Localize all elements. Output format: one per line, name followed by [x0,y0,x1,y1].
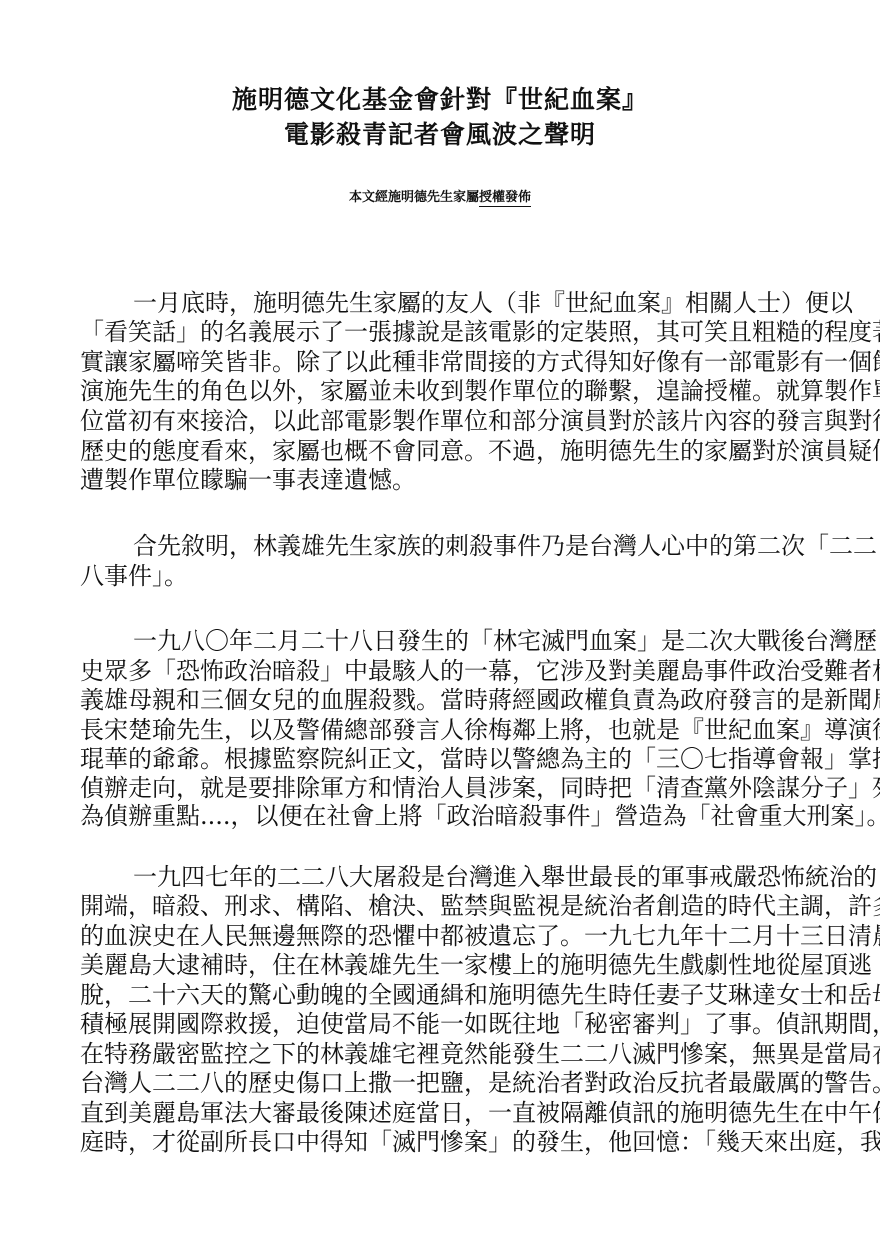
paragraph-line: 積極展開國際救援，迫使當局不能一如既往地「秘密審判」了事。偵訊期間， [80,1010,800,1039]
paragraph-line: 在特務嚴密監控之下的林義雄宅裡竟然能發生二二八滅門慘案，無異是當局在 [80,1040,800,1069]
document-page: 施明德文化基金會針對『世紀血案』 電影殺青記者會風波之聲明 本文經施明德先生家屬… [0,0,880,1250]
paragraph-line: 遭製作單位矇騙一事表達遺憾。 [80,466,800,495]
paragraph-line: 一月底時，施明德先生家屬的友人（非『世紀血案』相關人士）便以 [133,289,800,318]
paragraph-line: 義雄母親和三個女兒的血腥殺戮。當時蔣經國政權負責為政府發言的是新聞局 [80,686,800,715]
paragraph-line: 為偵辦重點....，以便在社會上將「政治暗殺事件」營造為「社會重大刑案」。 [80,802,800,831]
paragraph-line: 脫，二十六天的驚心動魄的全國通緝和施明德先生時任妻子艾琳達女士和岳母 [80,981,800,1010]
paragraph-line: 一九四七年的二二八大屠殺是台灣進入舉世最長的軍事戒嚴恐怖統治的 [133,863,800,892]
paragraph-line: 長宋楚瑜先生，以及警備總部發言人徐梅鄰上將，也就是『世紀血案』導演徐 [80,716,800,745]
paragraph-line: 庭時，才從副所長口中得知「滅門慘案」的發生，他回憶：「幾天來出庭，我 [80,1128,800,1157]
paragraph-line: 直到美麗島軍法大審最後陳述庭當日，一直被隔離偵訊的施明德先生在中午休 [80,1099,800,1128]
paragraph-line: 美麗島大逮補時，住在林義雄先生一家樓上的施明德先生戲劇性地從屋頂逃 [80,951,800,980]
paragraph-line: 開端，暗殺、刑求、構陷、槍決、監禁與監視是統治者創造的時代主調，許多 [80,892,800,921]
authorization-note-prefix: 本文經施明德先生家屬 [349,190,479,205]
paragraph-line: 偵辦走向，就是要排除軍方和情治人員涉案，同時把「清查黨外陰謀分子」列 [80,774,800,803]
paragraph-line: 歷史的態度看來，家屬也概不會同意。不過，施明德先生的家屬對於演員疑似 [80,437,800,466]
paragraph-line: 一九八〇年二月二十八日發生的「林宅滅門血案」是二次大戰後台灣歷 [133,627,800,656]
paragraph-line: 合先敘明，林義雄先生家族的刺殺事件乃是台灣人心中的第二次「二二 [133,532,800,561]
paragraph-line: 實讓家屬啼笑皆非。除了以此種非常間接的方式得知好像有一部電影有一個飾 [80,348,800,377]
paragraph-line: 演施先生的角色以外，家屬並未收到製作單位的聯繫，遑論授權。就算製作單 [80,377,800,406]
document-title-line-2: 電影殺青記者會風波之聲明 [0,119,880,151]
paragraph-line: 位當初有來接洽，以此部電影製作單位和部分演員對於該片內容的發言與對待 [80,407,800,436]
authorization-note: 本文經施明德先生家屬授權發佈 [0,188,880,208]
paragraph-line: 琨華的爺爺。根據監察院糾正文，當時以警總為主的「三〇七指導會報」掌控 [80,745,800,774]
paragraph-line: 的血淚史在人民無邊無際的恐懼中都被遺忘了。一九七九年十二月十三日清晨 [80,922,800,951]
authorization-note-underlined: 授權發佈 [479,190,531,207]
document-title-line-1: 施明德文化基金會針對『世紀血案』 [0,84,880,116]
paragraph-line: 八事件」。 [80,562,800,591]
paragraph-line: 台灣人二二八的歷史傷口上撒一把鹽，是統治者對政治反抗者最嚴厲的警告。 [80,1069,800,1098]
paragraph-line: 「看笑話」的名義展示了一張據說是該電影的定裝照，其可笑且粗糙的程度著 [80,318,800,347]
paragraph-line: 史眾多「恐怖政治暗殺」中最駭人的一幕，它涉及對美麗島事件政治受難者林 [80,657,800,686]
